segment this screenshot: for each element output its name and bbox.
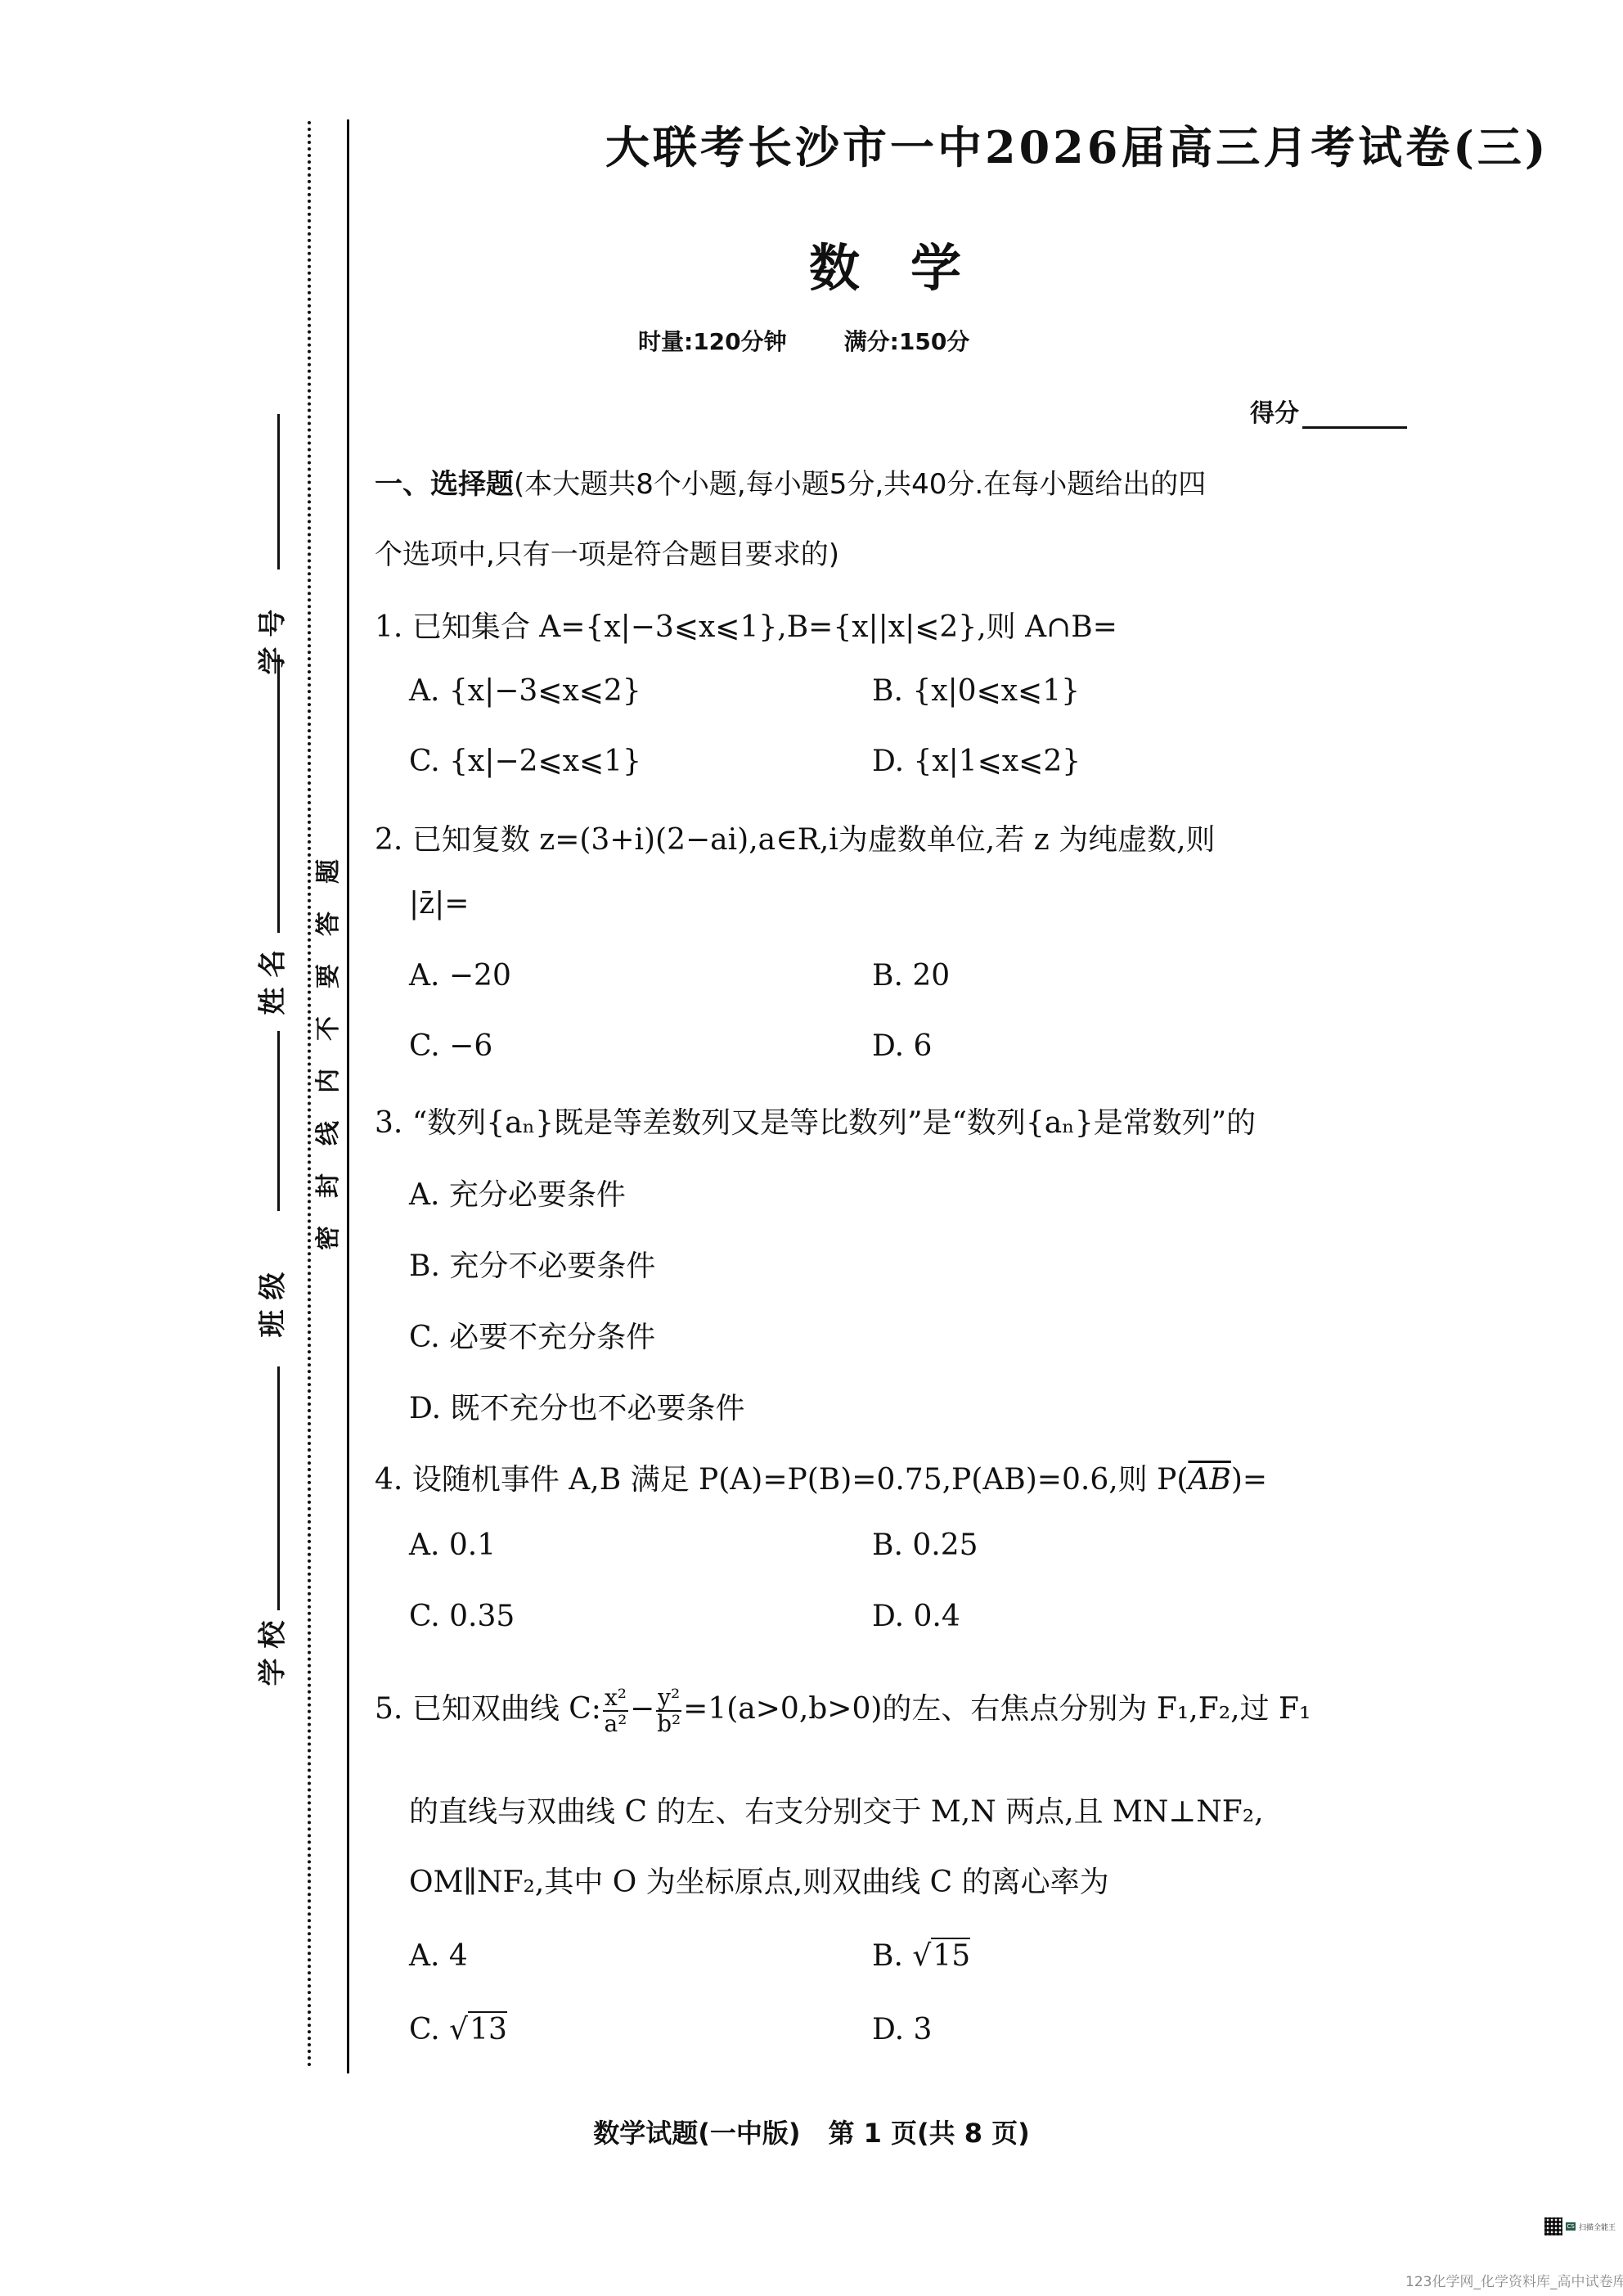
question-number: 3. [375, 1106, 402, 1140]
scanner-app-name: 扫描全能王 [1579, 2222, 1616, 2232]
denominator: a² [604, 1712, 627, 1736]
solid-margin-line [347, 119, 349, 2073]
question-stem-end: )= [1231, 1463, 1267, 1497]
seal-line-notice: 题 答 要 不 内 线 封 密 [311, 855, 347, 1254]
seal-char: 内 [312, 1069, 345, 1093]
q3-option-d[interactable]: D. 既不充分也不必要条件 [409, 1385, 744, 1427]
question-number: 4. [375, 1463, 402, 1497]
student-name-blank-upper[interactable] [277, 655, 280, 933]
exam-meta: 时量:120分钟满分:150分 [638, 324, 969, 357]
seal-char: 封 [312, 1173, 345, 1198]
q5-option-b[interactable]: B. √15 [872, 1939, 970, 1973]
option-letter: C. [409, 2013, 449, 2046]
seal-char: 题 [312, 859, 345, 884]
question-stem: 已知复数 z=(3+i)(2−ai),a∈R,i为虚数单位,若 z 为纯虚数,则 [412, 823, 1216, 857]
question-stem: “数列{aₙ}既是等差数列又是等比数列”是“数列{aₙ}是常数列”的 [412, 1106, 1256, 1140]
school-label: 学 校 [250, 1637, 290, 1686]
seal-char: 密 [312, 1226, 345, 1250]
question-5: 5. 已知双曲线 C:x²a²−y²b²=1(a>0,b>0)的左、右焦点分别为… [375, 1686, 1311, 1736]
school-blank[interactable] [277, 1368, 280, 1610]
camscanner-logo-icon: CS [1566, 2222, 1576, 2231]
footer-subject: 数学试题(一中版) [593, 2118, 800, 2149]
page-footer: 数学试题(一中版)第 1 页(共 8 页) [0, 2113, 1623, 2150]
q4-option-b[interactable]: B. 0.25 [872, 1528, 978, 1562]
student-name-label: 姓 名 [250, 966, 290, 1015]
seal-char: 线 [312, 1121, 345, 1146]
q1-option-c[interactable]: C. {x|−2⩽x⩽1} [409, 745, 641, 778]
question-number: 5. [375, 1692, 402, 1726]
subject-title: 数 学 [0, 227, 1623, 300]
numerator: y² [656, 1686, 681, 1712]
scanner-badge: CS 扫描全能王 [1544, 2217, 1616, 2235]
student-name-blank[interactable] [277, 1031, 280, 1211]
question-number: 1. [375, 610, 402, 644]
fraction-x2-a2: x²a² [603, 1686, 628, 1736]
q4-option-c[interactable]: C. 0.35 [409, 1600, 515, 1633]
question-stem: 已知集合 A={x|−3⩽x⩽1},B={x||x|⩽2},则 A∩B= [412, 610, 1117, 644]
question-stem: 设随机事件 A,B 满足 P(A)=P(B)=0.75,P(AB)=0.6,则 … [412, 1463, 1189, 1497]
seal-char: 答 [312, 912, 345, 936]
q1-option-d[interactable]: D. {x|1⩽x⩽2} [872, 745, 1081, 778]
page-number: 第 1 页(共 8 页) [828, 2118, 1029, 2149]
question-4: 4. 设随机事件 A,B 满足 P(A)=P(B)=0.75,P(AB)=0.6… [375, 1456, 1267, 1498]
question-stem-cont: 的直线与双曲线 C 的左、右支分别交于 M,N 两点,且 MN⊥NF₂, [409, 1789, 1264, 1830]
time-limit: 时量:120分钟 [638, 328, 787, 355]
student-id-label: 学 号 [250, 626, 290, 675]
q5-option-a[interactable]: A. 4 [409, 1939, 468, 1973]
subject-text: 数 学 [662, 238, 961, 298]
q4-option-d[interactable]: D. 0.4 [872, 1600, 960, 1633]
section-desc-cont: 个选项中,只有一项是符合题目要求的) [375, 532, 839, 572]
q3-option-b[interactable]: B. 充分不必要条件 [409, 1243, 655, 1285]
q2-option-a[interactable]: A. −20 [409, 959, 511, 993]
score-blank[interactable] [1302, 402, 1407, 429]
student-id-blank[interactable] [277, 414, 280, 569]
seal-char: 不 [312, 1016, 345, 1041]
exam-title: 大联考长沙市一中2026届高三月考试卷(三) [605, 113, 1549, 176]
q2-option-d[interactable]: D. 6 [872, 1029, 932, 1063]
class-label: 班 级 [250, 1289, 290, 1338]
question-number: 2. [375, 823, 402, 857]
q2-option-b[interactable]: B. 20 [872, 959, 950, 993]
question-stem-suffix: =1(a>0,b>0)的左、右焦点分别为 F₁,F₂,过 F₁ [683, 1692, 1311, 1726]
section-desc: (本大题共8个小题,每小题5分,共40分.在每小题给出的四 [514, 468, 1206, 501]
q2-option-c[interactable]: C. −6 [409, 1029, 492, 1063]
numerator: x² [603, 1686, 628, 1712]
option-letter: B. [872, 1939, 912, 1973]
radicand: 13 [468, 2011, 507, 2046]
q5-option-c[interactable]: C. √13 [409, 2013, 507, 2046]
sqrt-icon: √ [912, 1939, 931, 1973]
qr-code-icon [1544, 2217, 1562, 2235]
q3-option-c[interactable]: C. 必要不充分条件 [409, 1314, 655, 1356]
question-1: 1. 已知集合 A={x|−3⩽x⩽1},B={x||x|⩽2},则 A∩B= [375, 604, 1117, 646]
section-title: 一、选择题 [375, 468, 514, 501]
denominator: b² [657, 1712, 681, 1736]
question-2: 2. 已知复数 z=(3+i)(2−ai),a∈R,i为虚数单位,若 z 为纯虚… [375, 817, 1216, 858]
seal-char: 要 [312, 964, 345, 988]
q1-option-a[interactable]: A. {x|−3⩽x⩽2} [409, 674, 641, 708]
question-stem-cont: |z̄|= [409, 887, 469, 921]
question-3: 3. “数列{aₙ}既是等差数列又是等比数列”是“数列{aₙ}是常数列”的 [375, 1100, 1256, 1141]
q3-option-a[interactable]: A. 充分必要条件 [409, 1172, 626, 1213]
minus-sign: − [630, 1692, 654, 1726]
question-stem-cont: OM∥NF₂,其中 O 为坐标原点,则双曲线 C 的离心率为 [409, 1859, 1109, 1901]
q1-option-b[interactable]: B. {x|0⩽x⩽1} [872, 674, 1080, 708]
fraction-y2-b2: y²b² [656, 1686, 681, 1736]
question-stem-prefix: 已知双曲线 C: [412, 1692, 601, 1726]
complement-event: AB [1188, 1463, 1230, 1497]
radicand: 15 [931, 1938, 970, 1973]
site-watermark: 123化学网_化学资料库_高中试卷库 [1405, 2270, 1623, 2290]
score-field: 得分 [1250, 393, 1407, 429]
sqrt-icon: √ [449, 2013, 468, 2046]
section-heading: 一、选择题(本大题共8个小题,每小题5分,共40分.在每小题给出的四 [375, 461, 1206, 502]
q5-option-d[interactable]: D. 3 [872, 2013, 932, 2046]
score-label: 得分 [1250, 399, 1299, 428]
q4-option-a[interactable]: A. 0.1 [409, 1528, 496, 1562]
full-score: 满分:150分 [844, 328, 970, 355]
